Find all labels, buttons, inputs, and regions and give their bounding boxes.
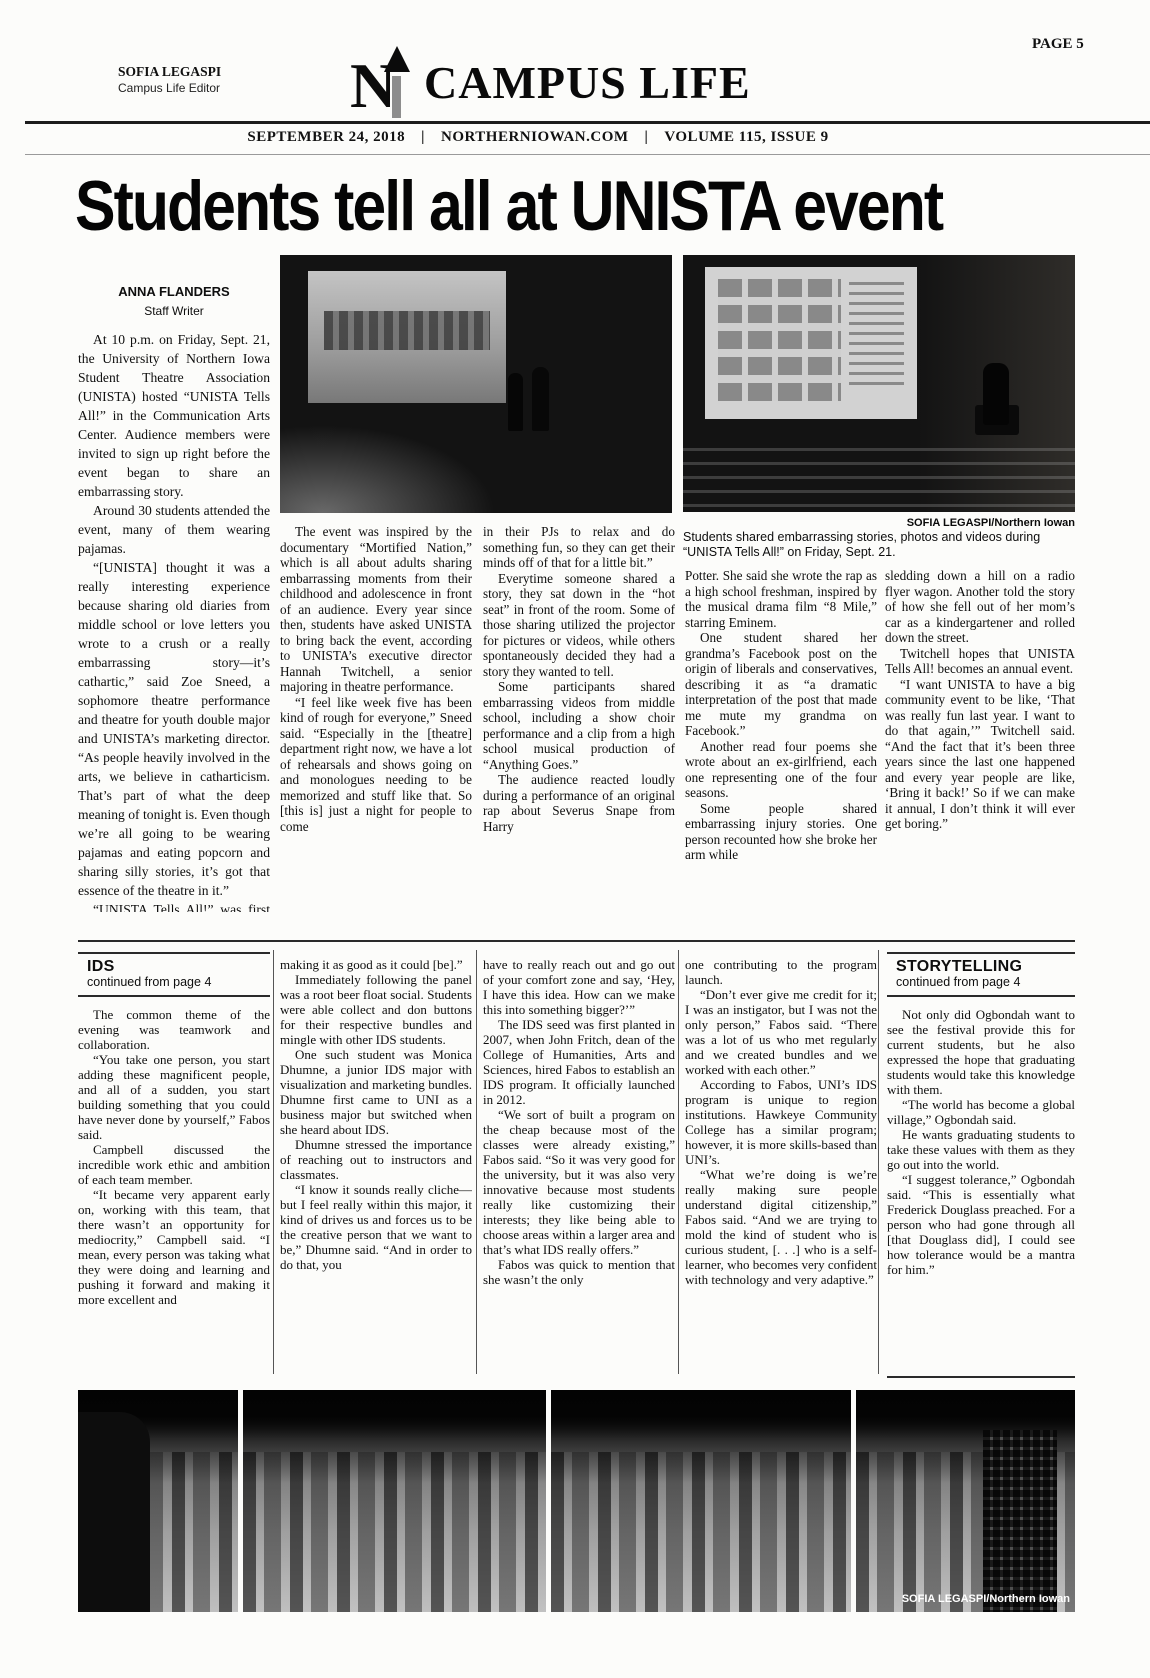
paragraph: He wants graduating students to take the… <box>887 1127 1075 1172</box>
newspaper-page: PAGE 5 SOFIA LEGASPI Campus Life Editor … <box>0 0 1150 1678</box>
dateline-date: SEPTEMBER 24, 2018 <box>247 129 405 145</box>
paragraph: “UNISTA Tells All!” was first held three… <box>78 900 270 912</box>
paragraph: one contributing to the program launch. <box>685 957 877 987</box>
paragraph: sledding down a hill on a radio flyer wa… <box>885 568 1075 646</box>
paragraph: Immediately following the panel was a ro… <box>280 972 472 1047</box>
article-column-2: The event was inspired by the documentar… <box>280 524 472 914</box>
paragraph: have to really reach out and go out of y… <box>483 957 675 1017</box>
dateline-site: NORTHERNIOWAN.COM <box>441 129 629 145</box>
paragraph: The event was inspired by the documentar… <box>280 524 472 695</box>
article-column-5: sledding down a hill on a radio flyer wa… <box>885 568 1075 916</box>
column-rule <box>273 950 274 1374</box>
paragraph: making it as good as it could [be].” <box>280 957 472 972</box>
paragraph: “We sort of built a program on the cheap… <box>483 1107 675 1257</box>
editor-name: SOFIA LEGASPI <box>118 64 221 80</box>
ids-column-2: making it as good as it could [be].”Imme… <box>280 952 472 1379</box>
event-photo-right <box>683 255 1075 512</box>
text-on-screen <box>849 282 904 388</box>
logo-arrow-icon <box>384 46 410 72</box>
plaid-shirt-person <box>983 1430 1057 1612</box>
paragraph: Some participants shared embarrassing vi… <box>483 679 675 772</box>
seated-person-silhouette <box>983 363 1009 425</box>
social-photo-1 <box>78 1390 238 1612</box>
paragraph: in their PJs to relax and do something f… <box>483 524 675 571</box>
paragraph: “The world has become a global village,”… <box>887 1097 1075 1127</box>
dateline-volume: VOLUME 115, ISSUE 9 <box>664 129 828 145</box>
byline: ANNA FLANDERS Staff Writer <box>78 282 270 321</box>
paragraph: “It became very apparent early on, worki… <box>78 1187 270 1307</box>
continued-subtitle: continued from page 4 <box>896 975 1075 990</box>
ids-column-1: IDS continued from page 4 The common the… <box>78 952 270 1374</box>
projector-screen <box>308 271 506 403</box>
seat-rows <box>683 448 1075 512</box>
paragraph: Everytime someone shared a story, they s… <box>483 571 675 680</box>
paragraph: “You take one person, you start adding t… <box>78 1052 270 1142</box>
logo-i-bar <box>392 76 401 118</box>
paragraph: Campbell discussed the incredible work e… <box>78 1142 270 1187</box>
paragraph: According to Fabos, UNI’s IDS program is… <box>685 1077 877 1167</box>
byline-author: ANNA FLANDERS <box>78 282 270 301</box>
article-headline: Students tell all at UNISTA event <box>75 172 1055 243</box>
performers-on-screen <box>324 311 490 351</box>
column-text: Not only did Ogbondah want to see the fe… <box>887 1007 1075 1277</box>
column-rule <box>878 950 879 1374</box>
ids-continued-header: IDS continued from page 4 <box>78 952 270 997</box>
byline-role: Staff Writer <box>78 302 270 321</box>
section-divider-rule <box>78 940 1075 942</box>
event-photo-left <box>280 255 672 513</box>
storytelling-continued-header: STORYTELLING continued from page 4 <box>887 952 1075 997</box>
continued-subtitle: continued from page 4 <box>87 975 270 990</box>
paragraph: Fabos was quick to mention that she wasn… <box>483 1257 675 1287</box>
continued-title: IDS <box>87 959 270 974</box>
paragraph: “I want UNISTA to have a big community e… <box>885 677 1075 832</box>
paragraph: At 10 p.m. on Friday, Sept. 21, the Univ… <box>78 330 270 501</box>
social-photo-2 <box>243 1390 546 1612</box>
paragraph: Potter. She said she wrote the rap as a … <box>685 568 877 630</box>
article-column-1: ANNA FLANDERS Staff Writer At 10 p.m. on… <box>78 282 270 912</box>
paragraph: The audience reacted loudly during a per… <box>483 772 675 834</box>
person-silhouette <box>78 1412 150 1612</box>
storytelling-end-rule <box>887 1376 1075 1378</box>
article-column-3: in their PJs to relax and do something f… <box>483 524 675 916</box>
masthead-rule <box>25 121 1150 124</box>
article-column-4: Potter. She said she wrote the rap as a … <box>685 568 877 916</box>
paragraph: Dhumne stressed the importance of reachi… <box>280 1137 472 1182</box>
column-text: At 10 p.m. on Friday, Sept. 21, the Univ… <box>78 330 270 912</box>
northern-iowan-logo-icon: N <box>350 46 414 122</box>
storytelling-column: STORYTELLING continued from page 4 Not o… <box>887 952 1075 1374</box>
paragraph: The IDS seed was first planted in 2007, … <box>483 1017 675 1107</box>
social-photo-4: SOFIA LEGASPI/Northern Iowan <box>856 1390 1075 1612</box>
column-text: The common theme of the evening was team… <box>78 1007 270 1307</box>
dateline-rule <box>25 154 1150 155</box>
editor-title: Campus Life Editor <box>118 81 221 95</box>
column-rule <box>476 950 477 1374</box>
paragraph: Another read four poems she wrote about … <box>685 739 877 801</box>
paragraph: “[UNISTA] thought it was a really intere… <box>78 558 270 900</box>
photo-credit: SOFIA LEGASPI/Northern Iowan <box>902 1593 1070 1605</box>
paragraph: “What we’re doing is we’re really making… <box>685 1167 877 1287</box>
photo-credit: SOFIA LEGASPI/Northern Iowan <box>683 517 1075 529</box>
paragraph: “Don’t ever give me credit for it; I was… <box>685 987 877 1077</box>
column-rule <box>678 950 679 1374</box>
ids-column-4: one contributing to the program launch.“… <box>685 952 877 1379</box>
dateline-separator: | <box>405 129 441 145</box>
paragraph: Twitchell hopes that UNISTA Tells All! b… <box>885 646 1075 677</box>
page-number-label: PAGE 5 <box>1032 36 1084 53</box>
person-silhouette <box>532 367 549 431</box>
projector-screen <box>705 267 917 419</box>
paragraph: One such student was Monica Dhumne, a ju… <box>280 1047 472 1137</box>
photo-caption: Students shared embarrassing stories, ph… <box>683 530 1075 560</box>
floor-light <box>280 425 496 513</box>
paragraph: “I suggest tolerance,” Ogbondah said. “T… <box>887 1172 1075 1277</box>
ids-column-3: have to really reach out and go out of y… <box>483 952 675 1379</box>
social-photo-3 <box>551 1390 851 1612</box>
paragraph: “I know it sounds really cliche—but I fe… <box>280 1182 472 1272</box>
editor-block: SOFIA LEGASPI Campus Life Editor <box>118 64 221 95</box>
photo-thumbnails-on-screen <box>718 279 841 401</box>
dateline: SEPTEMBER 24, 2018|NORTHERNIOWAN.COM|VOL… <box>78 129 998 146</box>
paragraph: Around 30 students attended the event, m… <box>78 501 270 558</box>
paragraph: “I feel like week five has been kind of … <box>280 695 472 835</box>
section-title: CAMPUS LIFE <box>424 56 751 109</box>
continued-title: STORYTELLING <box>896 959 1075 974</box>
person-silhouette <box>508 373 523 431</box>
paragraph: The common theme of the evening was team… <box>78 1007 270 1052</box>
dateline-separator: | <box>629 129 665 145</box>
paragraph: Not only did Ogbondah want to see the fe… <box>887 1007 1075 1097</box>
paragraph: Some people shared embarrassing injury s… <box>685 801 877 863</box>
paragraph: One student shared her grandma’s Faceboo… <box>685 630 877 739</box>
